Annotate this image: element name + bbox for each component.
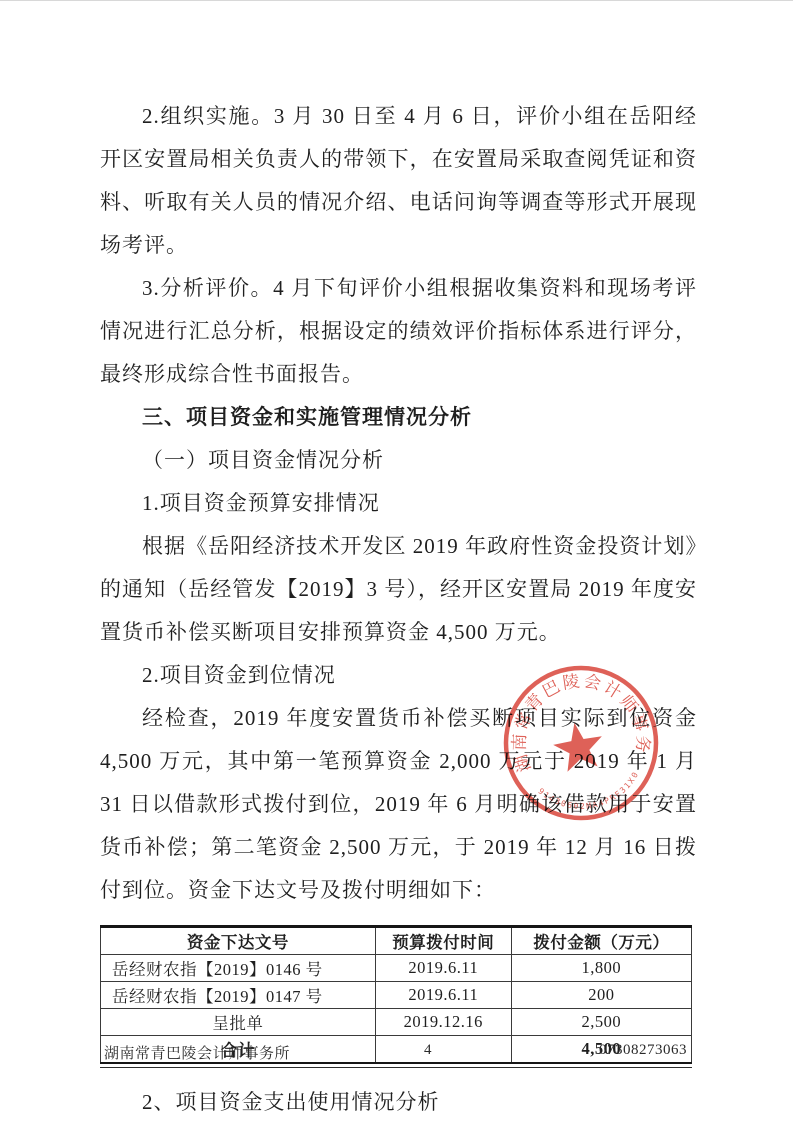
cell-amount: 2,500 [511,1009,691,1036]
cell-amount: 1,800 [511,955,691,982]
table-header-doc-number: 资金下达文号 [101,927,376,955]
document-body: 2.组织实施。3 月 30 日至 4 月 6 日，评价小组在岳阳经开区安置局相关… [100,95,697,1121]
footer-phone-number: 07308273063 [599,1042,687,1059]
table-header-row: 资金下达文号 预算拨付时间 拨付金额（万元） [101,927,692,955]
footer-firm-name: 湖南常青巴陵会计师事务所 [104,1042,290,1063]
heading-sub-one: （一）项目资金情况分析 [100,439,697,482]
paragraph-implementation: 2.组织实施。3 月 30 日至 4 月 6 日，评价小组在岳阳经开区安置局相关… [100,95,697,267]
footer-page-number: 4 [424,1042,432,1059]
heading-item-arrival: 2.项目资金到位情况 [100,654,697,697]
table-row: 岳经财农指【2019】0146 号 2019.6.11 1,800 [101,955,692,982]
document-page: 2.组织实施。3 月 30 日至 4 月 6 日，评价小组在岳阳经开区安置局相关… [0,0,793,1121]
paragraph-budget: 根据《岳阳经济技术开发区 2019 年政府性资金投资计划》的通知（岳经管发【20… [100,525,697,654]
cell-amount: 200 [511,982,691,1009]
cell-doc-number: 呈批单 [101,1009,376,1036]
cell-payment-date: 2019.6.11 [375,955,511,982]
heading-item-budget: 1.项目资金预算安排情况 [100,482,697,525]
table-header-amount: 拨付金额（万元） [511,927,691,955]
cell-doc-number: 岳经财农指【2019】0146 号 [101,955,376,982]
table-row: 岳经财农指【2019】0147 号 2019.6.11 200 [101,982,692,1009]
cell-payment-date: 2019.6.11 [375,982,511,1009]
table-row: 呈批单 2019.12.16 2,500 [101,1009,692,1036]
paragraph-arrival: 经检查，2019 年度安置货币补偿买断项目实际到位资金 4,500 万元，其中第… [100,697,697,912]
cell-doc-number: 岳经财农指【2019】0147 号 [101,982,376,1009]
heading-item-expenditure: 2、项目资金支出使用情况分析 [100,1081,697,1121]
table-header-payment-date: 预算拨付时间 [375,927,511,955]
heading-section-three: 三、项目资金和实施管理情况分析 [100,396,697,439]
cell-total-date [375,1036,511,1064]
cell-payment-date: 2019.12.16 [375,1009,511,1036]
paragraph-evaluation: 3.分析评价。4 月下旬评价小组根据收集资料和现场考评情况进行汇总分析，根据设定… [100,267,697,396]
